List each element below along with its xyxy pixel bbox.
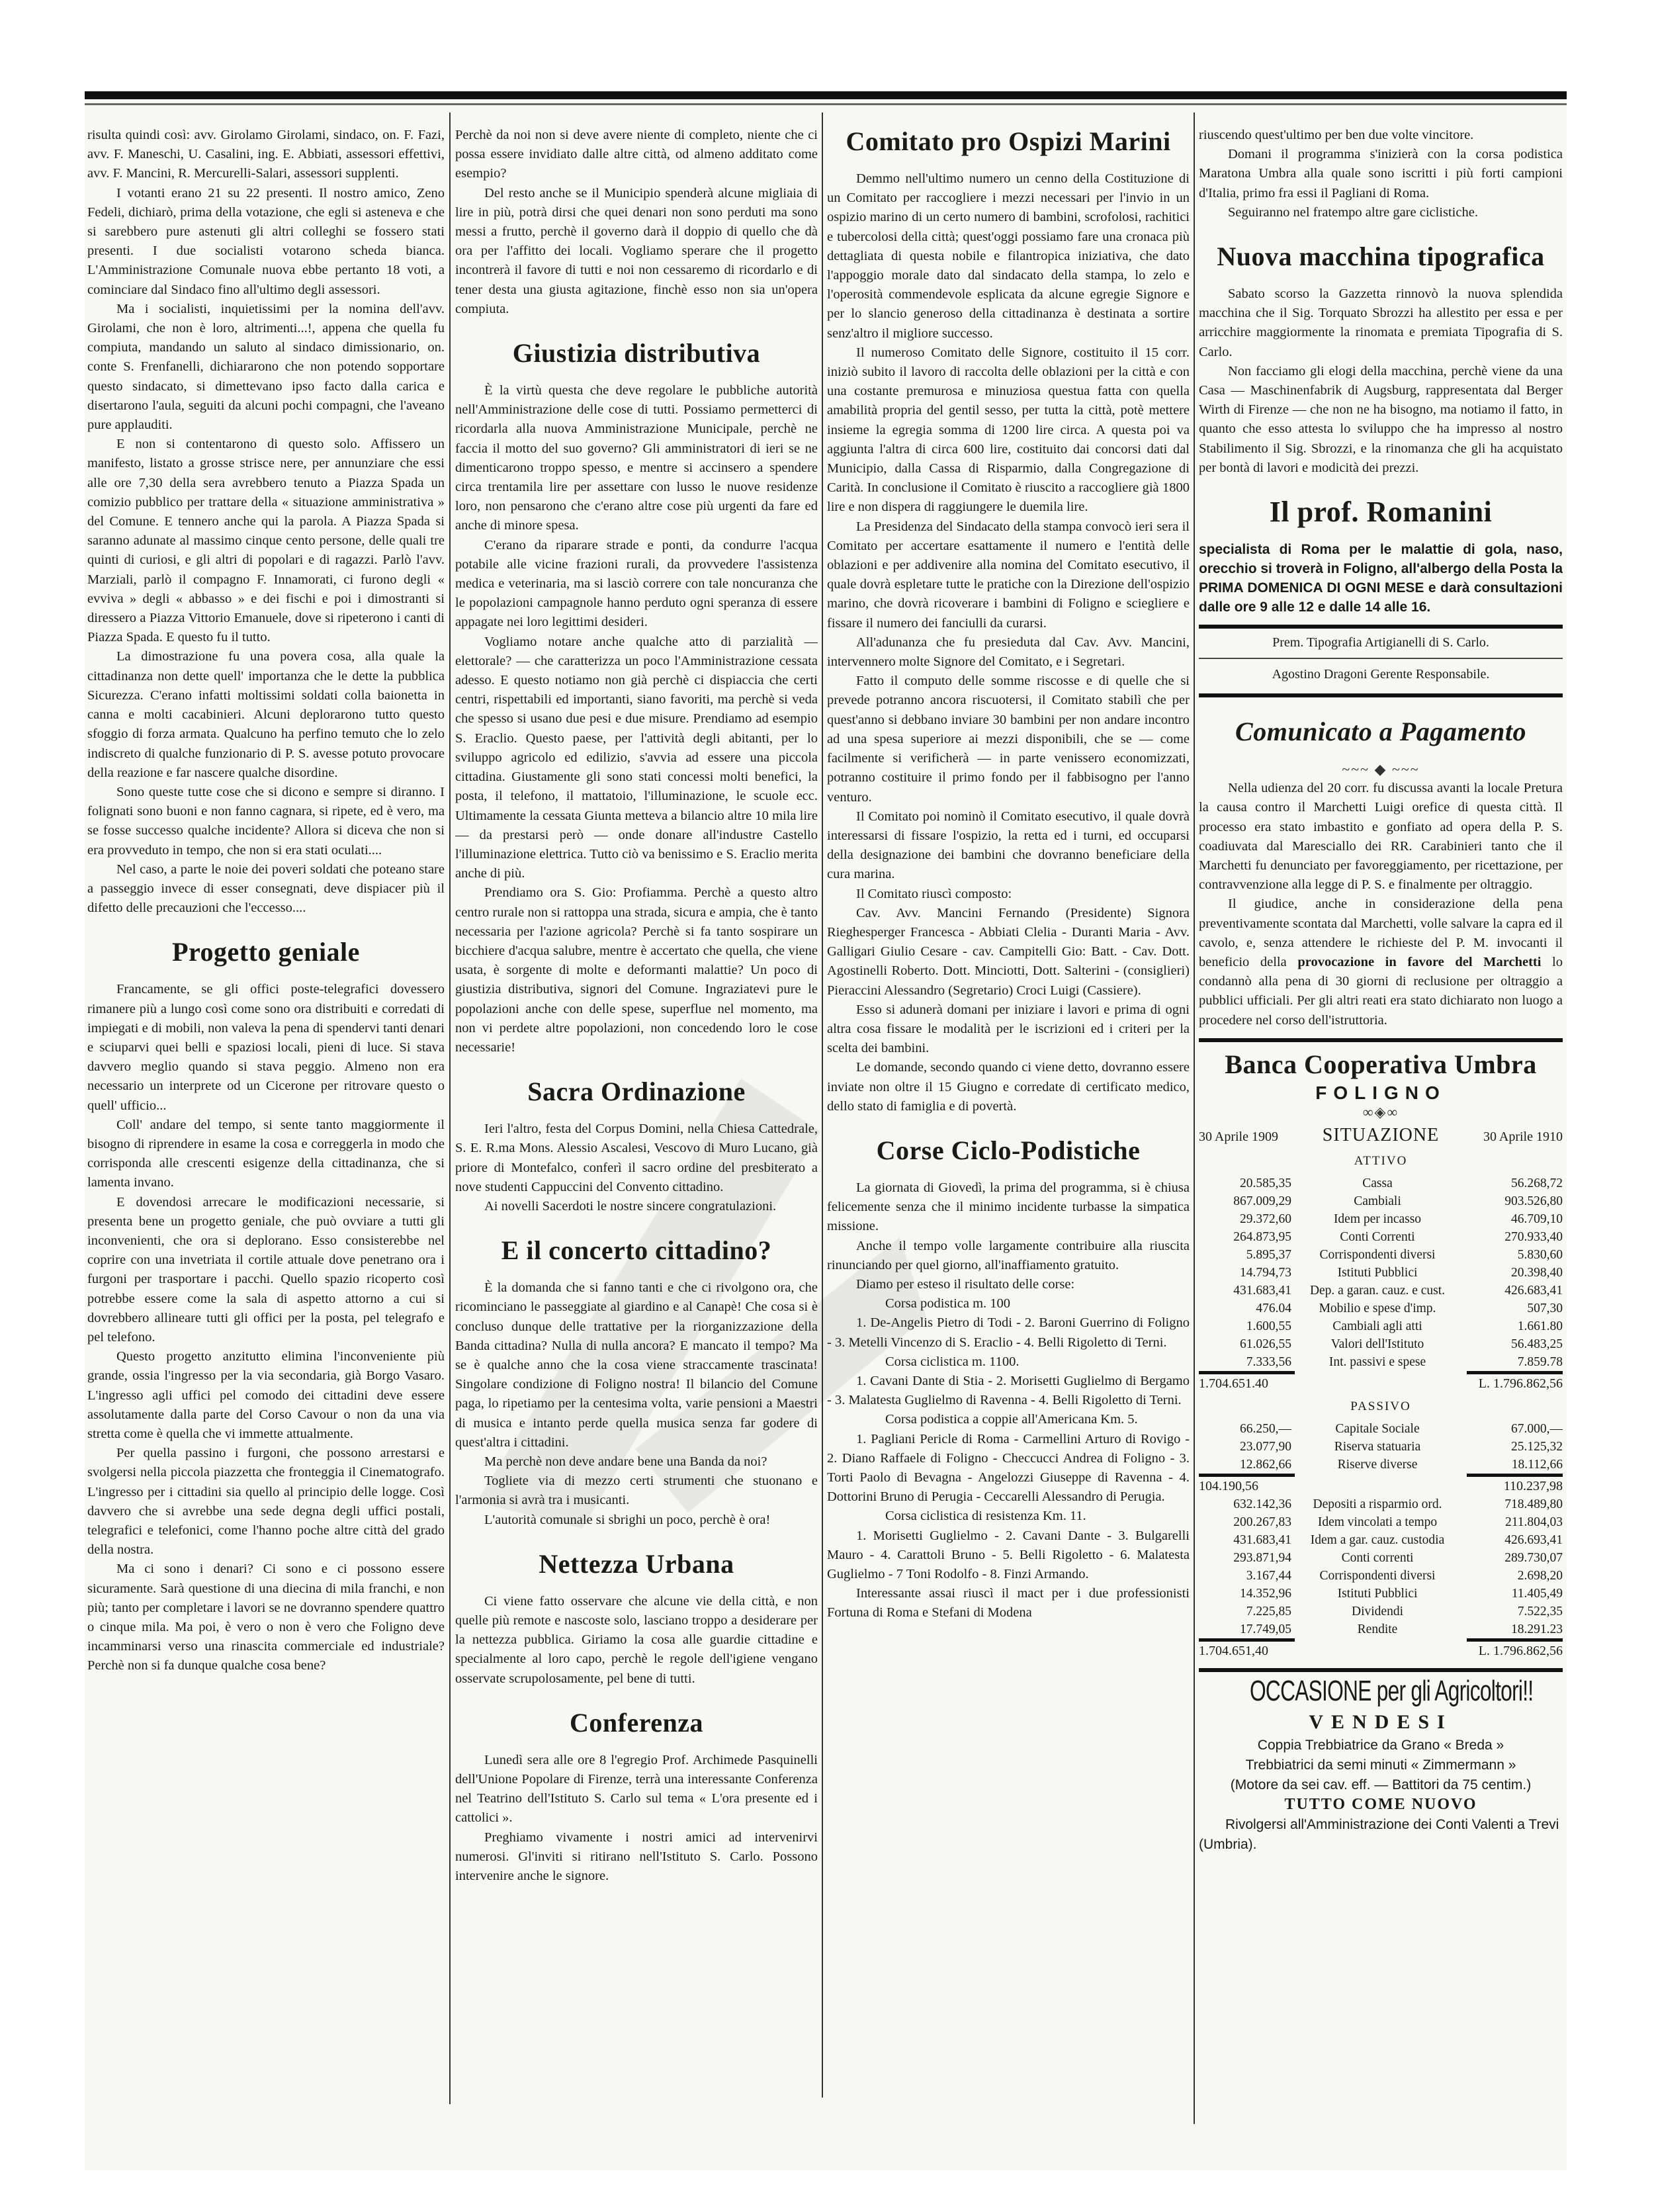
value-1909: 200.267,83 — [1199, 1513, 1291, 1531]
value-1909: 20.585,35 — [1199, 1174, 1291, 1192]
line-item: Mobilio e spese d'imp. — [1291, 1300, 1463, 1317]
table-row: 20.585,35Cassa56.268,72 — [1199, 1174, 1563, 1192]
table-row: 1.600,55Cambiali agli atti1.661.80 — [1199, 1317, 1563, 1335]
value-1910: 67.000,— — [1463, 1420, 1563, 1438]
line-item: Istituti Pubblici — [1291, 1585, 1463, 1603]
article-paragraph: E non si contentarono di questo solo. Af… — [87, 435, 445, 647]
value-1909: 12.862,66 — [1199, 1456, 1291, 1474]
value-1910: 20.398,40 — [1463, 1264, 1563, 1282]
article-paragraph: Sono queste tutte cose che si dicono e s… — [87, 783, 445, 860]
headline-conferenza: Conferenza — [455, 1707, 818, 1739]
race-results: 1. De-Angelis Pietro di Todi - 2. Baroni… — [827, 1313, 1190, 1352]
column-2: Perchè da noi non si deve avere niente d… — [455, 126, 818, 2159]
article-paragraph: L'autorità comunale si sbrighi un poco, … — [455, 1511, 818, 1530]
article-paragraph: Ma ci sono i denari? Ci sono e ci posson… — [87, 1560, 445, 1675]
column-divider — [822, 112, 823, 2098]
value-1909: 61.026,55 — [1199, 1335, 1291, 1353]
article-paragraph: La Presidenza del Sindacato della stampa… — [827, 517, 1190, 633]
article-paragraph: Questo progetto anzitutto elimina l'inco… — [87, 1347, 445, 1444]
race-title: Corsa podistica m. 100 — [827, 1294, 1190, 1313]
line-item: Depositi a risparmio ord. — [1291, 1495, 1463, 1513]
article-paragraph: Perchè da noi non si deve avere niente d… — [455, 126, 818, 184]
ad-vendesi: VENDESI — [1199, 1712, 1563, 1732]
article-paragraph: Lunedì sera alle ore 8 l'egregio Prof. A… — [455, 1751, 818, 1828]
article-paragraph: Sabato scorso la Gazzetta rinnovò la nuo… — [1199, 285, 1563, 362]
banca-cooperativa-statement: Banca Cooperativa Umbra FOLIGNO ∞◈∞ 30 A… — [1199, 1049, 1563, 1660]
divider-heavy — [1199, 1668, 1563, 1672]
article-paragraph: Francamente, se gli offici poste-telegra… — [87, 980, 445, 1115]
ornament-flourish: ~~~ ◆ ~~~ — [1199, 760, 1563, 779]
headline-sacra-ordinazione: Sacra Ordinazione — [455, 1076, 818, 1108]
value-1909: 431.683,41 — [1199, 1531, 1291, 1549]
top-thin-rule — [85, 103, 1567, 105]
table-row: 29.372,60Idem per incasso46.709,10 — [1199, 1210, 1563, 1228]
headline-giustizia-distributiva: Giustizia distributiva — [455, 337, 818, 369]
ornament-flourish: ∞◈∞ — [1199, 1102, 1563, 1122]
value-1909: 867.009,29 — [1199, 1192, 1291, 1210]
value-1910: 18.112,66 — [1463, 1456, 1563, 1474]
value-1909: 264.873,95 — [1199, 1228, 1291, 1246]
article-paragraph: Nella udienza del 20 corr. fu discussa a… — [1199, 779, 1563, 895]
table-row: 431.683,41Dep. a garan. cauz. e cust.426… — [1199, 1282, 1563, 1300]
article-paragraph: Preghiamo vivamente i nostri amici ad in… — [455, 1828, 818, 1886]
line-item: Capitale Sociale — [1291, 1420, 1463, 1438]
article-paragraph: Ma i socialisti, inquietissimi per la no… — [87, 300, 445, 435]
attivo-totals: 1.704.651.40 L. 1.796.862,56 — [1199, 1374, 1563, 1393]
value-1910: 7.859.78 — [1463, 1353, 1563, 1371]
value-1910: 718.489,80 — [1463, 1495, 1563, 1513]
article-paragraph: riuscendo quest'ultimo per ben due volte… — [1199, 126, 1563, 145]
date-1909: 30 Aprile 1909 — [1199, 1128, 1278, 1147]
banca-city: FOLIGNO — [1199, 1083, 1563, 1102]
ad-occasione-agricoltori: OCCASIONE per gli Agricoltori!! VENDESI … — [1199, 1681, 1563, 1855]
article-paragraph: C'erano da riparare strade e ponti, da c… — [455, 536, 818, 633]
value-1910: 18.291.23 — [1463, 1620, 1563, 1638]
article-paragraph: Ieri l'altro, festa del Corpus Domini, n… — [455, 1120, 818, 1197]
line-item: Valori dell'Istituto — [1291, 1335, 1463, 1353]
comunicato-title: Comunicato a Pagamento — [1199, 716, 1563, 748]
race-results: 1. Cavani Dante di Stia - 2. Morisetti G… — [827, 1372, 1190, 1410]
value-1909: 17.749,05 — [1199, 1620, 1291, 1638]
ad-tutto-come-nuovo: TUTTO COME NUOVO — [1199, 1795, 1563, 1814]
situazione-label: SITUAZIONE — [1323, 1126, 1439, 1145]
article-paragraph: Esso si adunerà domani per iniziare i la… — [827, 1000, 1190, 1059]
headline-nettezza-urbana: Nettezza Urbana — [455, 1548, 818, 1580]
article-paragraph: Cav. Avv. Mancini Fernando (Presidente) … — [827, 904, 1190, 1000]
total-1910: L. 1.796.862,56 — [1479, 1642, 1563, 1660]
value-1910: 56.268,72 — [1463, 1174, 1563, 1192]
value-1910: 270.933,40 — [1463, 1228, 1563, 1246]
ad-occasione-title: OCCASIONE per gli Agricoltori!! — [1250, 1681, 1512, 1701]
value-1909: 3.167,44 — [1199, 1567, 1291, 1585]
value-1910: 2.698,20 — [1463, 1567, 1563, 1585]
ad-romanini-body: specialista di Roma per le malattie di g… — [1199, 540, 1563, 617]
ad-romanini-title: Il prof. Romanini — [1199, 496, 1563, 528]
headline-nuova-macchina-tipografica: Nuova macchina tipografica — [1199, 241, 1563, 273]
ad-line: Coppia Trebbiatrice da Grano « Breda » — [1199, 1736, 1563, 1755]
value-1910: 1.661.80 — [1463, 1317, 1563, 1335]
line-item: Rendite — [1291, 1620, 1463, 1638]
article-paragraph: È la domanda che si fanno tanti e che ci… — [455, 1278, 818, 1452]
line-item: Dividendi — [1291, 1603, 1463, 1620]
article-paragraph: Il Comitato poi nominò il Comitato esecu… — [827, 807, 1190, 885]
total-1909: 1.704.651,40 — [1199, 1642, 1268, 1660]
race-title: Corsa ciclistica di resistenza Km. 11. — [827, 1507, 1190, 1526]
passivo-totals: 1.704.651,40 L. 1.796.862,56 — [1199, 1642, 1563, 1660]
value-1909: 293.871,94 — [1199, 1549, 1291, 1567]
article-paragraph: Del resto anche se il Municipio spenderà… — [455, 184, 818, 319]
article-paragraph: Togliete via di mezzo certi strumenti ch… — [455, 1472, 818, 1510]
headline-comitato-ospizi-marini: Comitato pro Ospizi Marini — [827, 126, 1190, 157]
article-paragraph: È la virtù questa che deve regolare le p… — [455, 381, 818, 536]
value-1909: 1.600,55 — [1199, 1317, 1291, 1335]
table-row: 3.167,44Corrispondenti diversi2.698,20 — [1199, 1567, 1563, 1585]
total-1910: L. 1.796.862,56 — [1479, 1374, 1563, 1393]
value-1909: 14.352,96 — [1199, 1585, 1291, 1603]
passivo-table-a: 66.250,—Capitale Sociale67.000,—23.077,9… — [1199, 1420, 1563, 1474]
attivo-label: ATTIVO — [1199, 1151, 1563, 1171]
line-item: Riserve diverse — [1291, 1456, 1463, 1474]
table-row: 7.225,85Dividendi7.522,35 — [1199, 1603, 1563, 1620]
article-paragraph: La giornata di Giovedì, la prima del pro… — [827, 1178, 1190, 1237]
line-item: Idem per incasso — [1291, 1210, 1463, 1228]
passivo-subtotals: 104.190,56 110.237,98 — [1199, 1477, 1563, 1495]
table-row: 264.873,95Conti Correnti270.933,40 — [1199, 1228, 1563, 1246]
article-paragraph: Domani il programma s'inizierà con la co… — [1199, 145, 1563, 203]
value-1909: 476.04 — [1199, 1300, 1291, 1317]
article-paragraph: Le domande, secondo quando ci viene dett… — [827, 1058, 1190, 1116]
article-paragraph: La dimostrazione fu una povera cosa, all… — [87, 647, 445, 782]
column-3: Comitato pro Ospizi Marini Demmo nell'ul… — [827, 126, 1190, 2159]
article-paragraph: Vogliamo notare anche qualche atto di pa… — [455, 633, 818, 884]
article-paragraph: Il Comitato riuscì composto: — [827, 885, 1190, 904]
bold-span: provocazione in favore del Marchetti — [1297, 955, 1541, 969]
value-1909: 431.683,41 — [1199, 1282, 1291, 1300]
table-row: 293.871,94Conti correnti289.730,07 — [1199, 1549, 1563, 1567]
value-1910: 426.683,41 — [1463, 1282, 1563, 1300]
table-row: 431.683,41Idem a gar. cauz. custodia426.… — [1199, 1531, 1563, 1549]
ad-romanini: Il prof. Romanini specialista di Roma pe… — [1199, 496, 1563, 617]
value-1909: 14.794,73 — [1199, 1264, 1291, 1282]
value-1909: 66.250,— — [1199, 1420, 1291, 1438]
table-row: 200.267,83Idem vincolati a tempo211.804,… — [1199, 1513, 1563, 1531]
table-row: 867.009,29Cambiali903.526,80 — [1199, 1192, 1563, 1210]
banca-title: Banca Cooperativa Umbra — [1199, 1049, 1563, 1081]
line-item: Idem vincolati a tempo — [1291, 1513, 1463, 1531]
value-1909: 29.372,60 — [1199, 1210, 1291, 1228]
line-item: Cassa — [1291, 1174, 1463, 1192]
article-paragraph: Fatto il computo delle somme riscosse e … — [827, 672, 1190, 807]
divider-heavy — [1199, 693, 1563, 697]
subtotal-1909: 104.190,56 — [1199, 1477, 1258, 1495]
article-paragraph: E dovendosi arrecare le modificazioni ne… — [87, 1193, 445, 1348]
table-row: 14.794,73Istituti Pubblici20.398,40 — [1199, 1264, 1563, 1282]
table-row: 23.077,90Riserva statuaria25.125,32 — [1199, 1438, 1563, 1456]
table-row: 5.895,37Corrispondenti diversi5.830,60 — [1199, 1246, 1563, 1264]
value-1910: 507,30 — [1463, 1300, 1563, 1317]
headline-concerto-cittadino: E il concerto cittadino? — [455, 1235, 818, 1266]
divider-heavy — [1199, 625, 1563, 629]
value-1910: 5.830,60 — [1463, 1246, 1563, 1264]
article-paragraph: Anche il tempo volle largamente contribu… — [827, 1237, 1190, 1275]
value-1910: 46.709,10 — [1463, 1210, 1563, 1228]
table-row: 66.250,—Capitale Sociale67.000,— — [1199, 1420, 1563, 1438]
table-row: 632.142,36Depositi a risparmio ord.718.4… — [1199, 1495, 1563, 1513]
line-item: Cambiali agli atti — [1291, 1317, 1463, 1335]
value-1910: 289.730,07 — [1463, 1549, 1563, 1567]
line-item: Idem a gar. cauz. custodia — [1291, 1531, 1463, 1549]
column-divider — [1194, 112, 1195, 2124]
subtotal-1910: 110.237,98 — [1504, 1477, 1563, 1495]
value-1910: 56.483,25 — [1463, 1335, 1563, 1353]
value-1909: 5.895,37 — [1199, 1246, 1291, 1264]
value-1910: 903.526,80 — [1463, 1192, 1563, 1210]
top-heavy-rule — [85, 91, 1567, 99]
passivo-table-b: 632.142,36Depositi a risparmio ord.718.4… — [1199, 1495, 1563, 1638]
line-item: Istituti Pubblici — [1291, 1264, 1463, 1282]
article-paragraph: Non facciamo gli elogi della macchina, p… — [1199, 362, 1563, 478]
article-paragraph: Interessante assai riuscì il mact per i … — [827, 1584, 1190, 1622]
column-1: risulta quindi così: avv. Girolamo Girol… — [87, 126, 445, 2159]
line-item: Dep. a garan. cauz. e cust. — [1291, 1282, 1463, 1300]
ad-line: (Motore da sei cav. eff. — Battitori da … — [1199, 1775, 1563, 1795]
article-paragraph: All'adunanza che fu presieduta dal Cav. … — [827, 633, 1190, 672]
attivo-table: 20.585,35Cassa56.268,72867.009,29Cambial… — [1199, 1174, 1563, 1371]
article-paragraph: Coll' andare del tempo, si sente tanto m… — [87, 1116, 445, 1193]
headline-corse-ciclo-podistiche: Corse Ciclo-Podistiche — [827, 1135, 1190, 1167]
value-1910: 25.125,32 — [1463, 1438, 1563, 1456]
article-paragraph: Per quella passino i furgoni, che posson… — [87, 1444, 445, 1560]
table-row: 476.04Mobilio e spese d'imp.507,30 — [1199, 1300, 1563, 1317]
value-1910: 211.804,03 — [1463, 1513, 1563, 1531]
ad-line: Trebbiatrici da semi minuti « Zimmermann… — [1199, 1755, 1563, 1775]
imprint-printer: Prem. Tipografia Artigianelli di S. Carl… — [1199, 631, 1563, 654]
race-title: Corsa ciclistica m. 1100. — [827, 1352, 1190, 1372]
article-paragraph: Il giudice, anche in considerazione dell… — [1199, 895, 1563, 1030]
article-paragraph: risulta quindi così: avv. Girolamo Girol… — [87, 126, 445, 184]
line-item: Cambiali — [1291, 1192, 1463, 1210]
date-1910: 30 Aprile 1910 — [1483, 1128, 1563, 1147]
race-results: 1. Morisetti Guglielmo - 2. Cavani Dante… — [827, 1526, 1190, 1585]
value-1909: 7.333,56 — [1199, 1353, 1291, 1371]
statement-header: 30 Aprile 1909 SITUAZIONE 30 Aprile 1910 — [1199, 1126, 1563, 1147]
article-paragraph: Diamo per esteso il risultato delle cors… — [827, 1275, 1190, 1294]
line-item: Corrispondenti diversi — [1291, 1567, 1463, 1585]
line-item: Corrispondenti diversi — [1291, 1246, 1463, 1264]
value-1909: 23.077,90 — [1199, 1438, 1291, 1456]
table-row: 14.352,96Istituti Pubblici11.405,49 — [1199, 1585, 1563, 1603]
article-paragraph: Ai novelli Sacerdoti le nostre sincere c… — [455, 1197, 818, 1216]
article-paragraph: Seguiranno nel fratempo altre gare cicli… — [1199, 203, 1563, 222]
column-4: riuscendo quest'ultimo per ben due volte… — [1199, 126, 1563, 2159]
race-title: Corsa podistica a coppie all'Americana K… — [827, 1410, 1190, 1429]
table-row: 12.862,66Riserve diverse18.112,66 — [1199, 1456, 1563, 1474]
race-results: 1. Pagliani Pericle di Roma - Carmellini… — [827, 1430, 1190, 1507]
headline-progetto-geniale: Progetto geniale — [87, 936, 445, 968]
divider-thin — [1199, 658, 1563, 659]
comunicato-pagamento: Comunicato a Pagamento ~~~ ◆ ~~~ Nella u… — [1199, 716, 1563, 1030]
value-1909: 632.142,36 — [1199, 1495, 1291, 1513]
line-item: Int. passivi e spese — [1291, 1353, 1463, 1371]
line-item: Conti correnti — [1291, 1549, 1463, 1567]
table-row: 17.749,05Rendite18.291.23 — [1199, 1620, 1563, 1638]
value-1910: 426.693,41 — [1463, 1531, 1563, 1549]
table-row: 7.333,56Int. passivi e spese7.859.78 — [1199, 1353, 1563, 1371]
value-1910: 11.405,49 — [1463, 1585, 1563, 1603]
imprint-manager: Agostino Dragoni Gerente Responsabile. — [1199, 663, 1563, 686]
article-paragraph: I votanti erano 21 su 22 presenti. Il no… — [87, 184, 445, 300]
passivo-label: PASSIVO — [1199, 1397, 1563, 1416]
article-paragraph: Nel caso, a parte le noie dei poveri sol… — [87, 860, 445, 918]
article-paragraph: Prendiamo ora S. Gio: Profiamma. Perchè … — [455, 883, 818, 1057]
value-1909: 7.225,85 — [1199, 1603, 1291, 1620]
table-row: 61.026,55Valori dell'Istituto56.483,25 — [1199, 1335, 1563, 1353]
total-1909: 1.704.651.40 — [1199, 1374, 1268, 1393]
divider-heavy — [1199, 1038, 1563, 1042]
column-divider — [449, 112, 451, 2104]
value-1910: 7.522,35 — [1463, 1603, 1563, 1620]
article-paragraph: Ma perchè non deve andare bene una Banda… — [455, 1452, 818, 1472]
article-paragraph: Demmo nell'ultimo numero un cenno della … — [827, 169, 1190, 343]
line-item: Riserva statuaria — [1291, 1438, 1463, 1456]
line-item: Conti Correnti — [1291, 1228, 1463, 1246]
ad-contact: Rivolgersi all'Amministrazione dei Conti… — [1199, 1815, 1563, 1855]
article-paragraph: Il numeroso Comitato delle Signore, cost… — [827, 343, 1190, 517]
article-paragraph: Ci viene fatto osservare che alcune vie … — [455, 1592, 818, 1689]
